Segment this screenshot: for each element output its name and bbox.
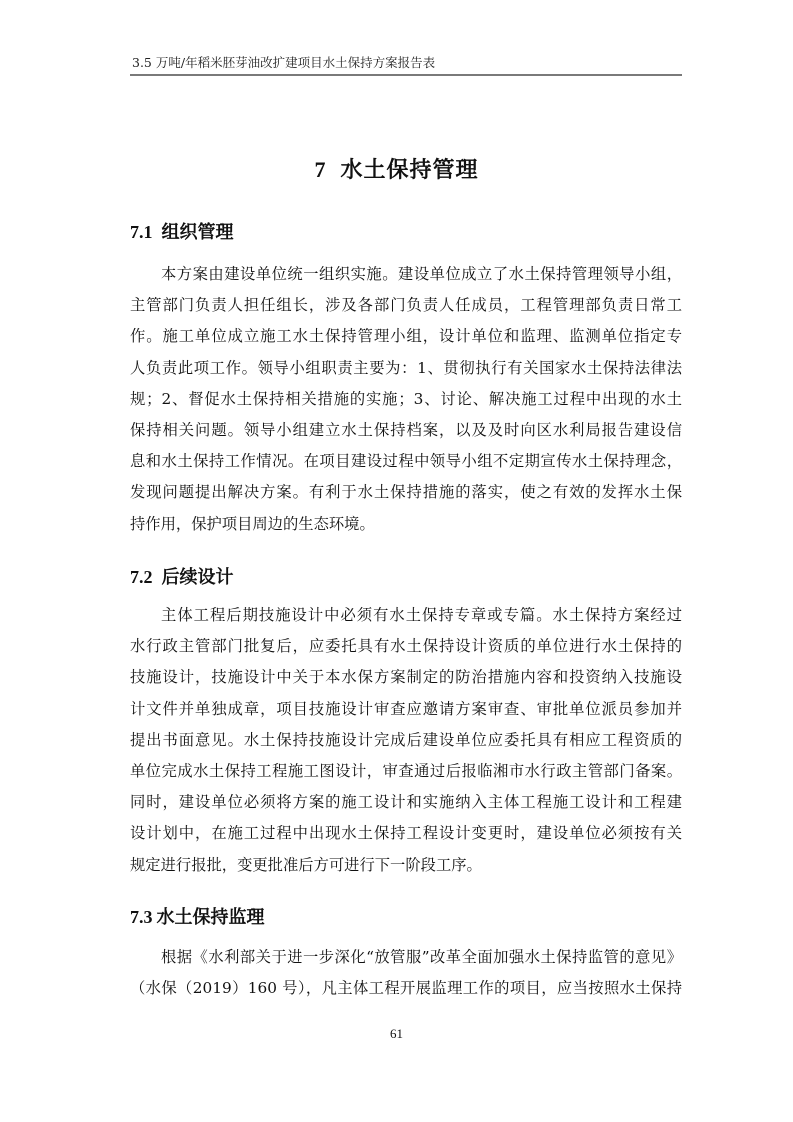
text-line: 持作用，保护项目周边的生态环境。 bbox=[130, 509, 682, 540]
text-line: 设计划中，在施工过程中出现水土保持工程设计变更时，建设单位必须按有关 bbox=[130, 818, 682, 849]
text-line: 水行政主管部门批复后，应委托具有水土保持设计资质的单位进行水土保持的 bbox=[130, 631, 682, 662]
text-line: 规定进行报批，变更批准后方可进行下一阶段工序。 bbox=[130, 850, 682, 881]
section-title-text: 水土保持监理 bbox=[157, 907, 265, 928]
text-line: 保持相关问题。领导小组建立水土保持档案，以及及时向区水利局报告建设信 bbox=[130, 415, 682, 446]
section-heading-7-1: 7.1组织管理 bbox=[130, 218, 234, 244]
section-heading-7-3: 7.3水土保持监理 bbox=[130, 903, 265, 929]
section-number: 7.2 bbox=[130, 567, 153, 587]
text-line: 技施设计，技施设计中关于本水保方案制定的防治措施内容和投资纳入技施设 bbox=[130, 662, 682, 693]
text-line: 主管部门负责人担任组长，涉及各部门负责人任成员，工程管理部负责日常工 bbox=[130, 290, 682, 321]
running-header-text: 3.5 万吨/年稻米胚芽油改扩建项目水土保持方案报告表 bbox=[132, 53, 435, 71]
text-line: 本方案由建设单位统一组织实施。建设单位成立了水土保持管理领导小组， bbox=[130, 259, 682, 290]
chapter-number: 7 bbox=[314, 157, 326, 182]
text-line: （水保（2019）160 号），凡主体工程开展监理工作的项目，应当按照水土保持 bbox=[130, 973, 682, 1004]
text-line: 人负责此项工作。领导小组职责主要为：1、贯彻执行有关国家水土保持法律法 bbox=[130, 353, 682, 384]
section-7-2-paragraph: 主体工程后期技施设计中必须有水土保持专章或专篇。水土保持方案经过 水行政主管部门… bbox=[130, 600, 682, 881]
text-line: 主体工程后期技施设计中必须有水土保持专章或专篇。水土保持方案经过 bbox=[130, 600, 682, 631]
chapter-title-text: 水土保持管理 bbox=[340, 158, 478, 183]
text-line: 计文件并单独成章，项目技施设计审查应邀请方案审查、审批单位派员参加并 bbox=[130, 694, 682, 725]
page-number: 61 bbox=[0, 1026, 793, 1042]
running-header: 3.5 万吨/年稻米胚芽油改扩建项目水土保持方案报告表 bbox=[130, 52, 682, 76]
section-7-3-paragraph: 根据《水利部关于进一步深化“放管服”改革全面加强水土保持监管的意见》 （水保（2… bbox=[130, 942, 682, 1004]
section-title-text: 组织管理 bbox=[162, 222, 234, 243]
section-7-1-paragraph: 本方案由建设单位统一组织实施。建设单位成立了水土保持管理领导小组， 主管部门负责… bbox=[130, 259, 682, 540]
text-line: 发现问题提出解决方案。有利于水土保持措施的落实，使之有效的发挥水土保 bbox=[130, 477, 682, 508]
text-line: 同时，建设单位必须将方案的施工设计和实施纳入主体工程施工设计和工程建 bbox=[130, 787, 682, 818]
text-line: 规；2、督促水土保持相关措施的实施；3、讨论、解决施工过程中出现的水土 bbox=[130, 384, 682, 415]
chapter-title: 7水土保持管理 bbox=[0, 153, 793, 184]
section-title-text: 后续设计 bbox=[162, 567, 234, 588]
text-line: 根据《水利部关于进一步深化“放管服”改革全面加强水土保持监管的意见》 bbox=[130, 942, 682, 973]
text-line: 作。施工单位成立施工水土保持管理小组，设计单位和监理、监测单位指定专 bbox=[130, 321, 682, 352]
section-number: 7.1 bbox=[130, 222, 153, 242]
text-line: 单位完成水土保持工程施工图设计，审查通过后报临湘市水行政主管部门备案。 bbox=[130, 756, 682, 787]
text-line: 息和水土保持工作情况。在项目建设过程中领导小组不定期宣传水土保持理念， bbox=[130, 446, 682, 477]
section-number: 7.3 bbox=[130, 907, 153, 927]
text-line: 提出书面意见。水土保持技施设计完成后建设单位应委托具有相应工程资质的 bbox=[130, 725, 682, 756]
section-heading-7-2: 7.2后续设计 bbox=[130, 563, 234, 589]
